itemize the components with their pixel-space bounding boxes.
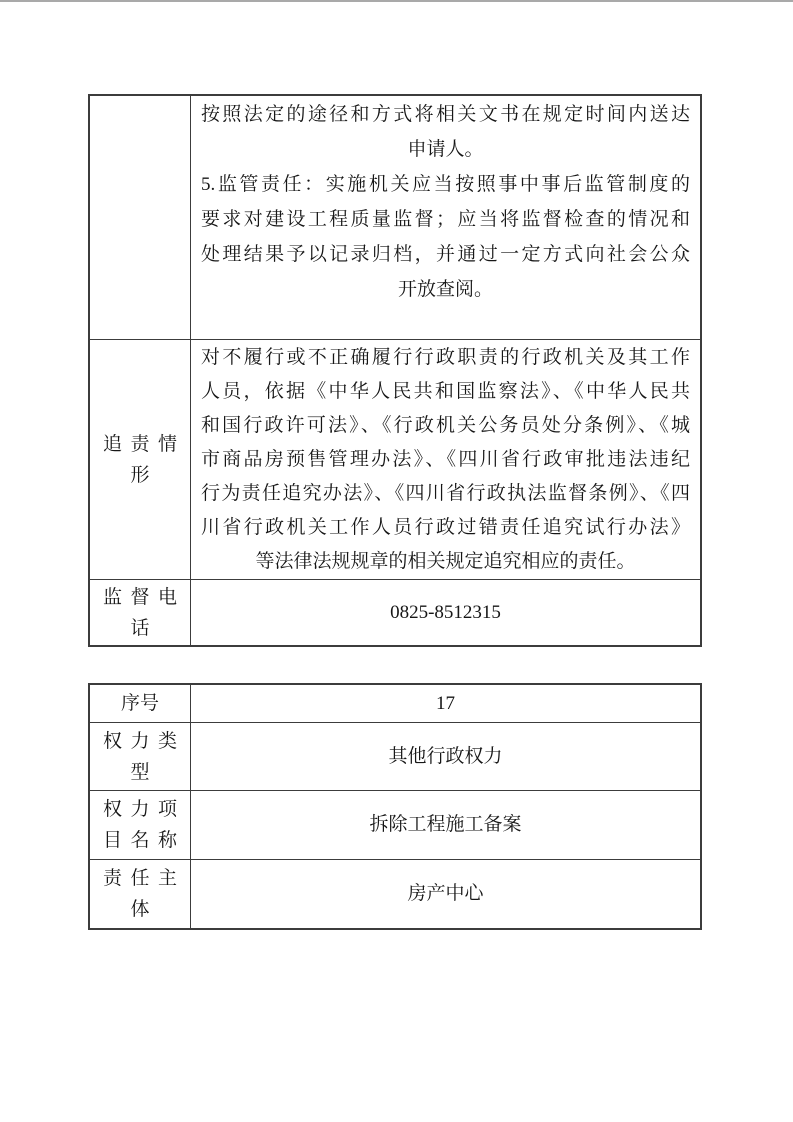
- page-top-edge: [0, 0, 793, 2]
- text-line: 权力项: [103, 794, 177, 825]
- table-row-supervision-phone: 监督电话 0825-8512315: [90, 580, 700, 645]
- text-line: 按照法定的途径和方式将相关文书在规定时间内送达: [201, 97, 690, 132]
- table-row-power-item-name: 权力项目名称 拆除工程施工备案: [90, 791, 700, 860]
- text-line: 处理结果予以记录归档，并通过一定方式向社会公众: [201, 237, 690, 272]
- text-line: 型: [103, 757, 177, 788]
- text-line: 目名称: [103, 825, 177, 856]
- supervision-phone-value: 0825-8512315: [191, 580, 700, 645]
- text-line: 人员，依据《中华人民共和国监察法》、《中华人民共: [201, 375, 690, 409]
- text-line: 要求对建设工程质量监督；应当将监督检查的情况和: [201, 202, 690, 237]
- power-item-name-value: 拆除工程施工备案: [191, 791, 700, 859]
- power-item-table: 序号 17 权力类型 其他行政权力 权力项目名称 拆除工程施工备案 责任主体 房…: [88, 683, 702, 930]
- responsible-entity-value: 房产中心: [191, 860, 700, 928]
- document-page: { "page": { "background": "#ffffff", "bo…: [0, 0, 793, 1122]
- text-line: 市商品房预售管理办法》、《四川省行政审批违法违纪: [201, 443, 690, 477]
- table-row-responsible-entity: 责任主体 房产中心: [90, 860, 700, 928]
- text-line: 行为责任追究办法》、《四川省行政执法监督条例》、《四: [201, 477, 690, 511]
- text-line: 序号: [103, 688, 177, 719]
- label-cell-empty: [90, 96, 191, 339]
- text-line: 话: [103, 613, 177, 644]
- text-line: 形: [103, 460, 177, 491]
- text-line: 体: [103, 894, 177, 925]
- text-line: 房产中心: [201, 877, 690, 911]
- serial-number-value: 17: [191, 685, 700, 722]
- text-line: 5.监管责任：实施机关应当按照事中事后监管制度的: [201, 167, 690, 202]
- table-row-accountability: 追责情形 对不履行或不正确履行行政职责的行政机关及其工作人员，依据《中华人民共和…: [90, 340, 700, 580]
- accountability-table: 按照法定的途径和方式将相关文书在规定时间内送达申请人。5.监管责任：实施机关应当…: [88, 94, 702, 647]
- label-power-item-name: 权力项目名称: [90, 791, 191, 859]
- text-line: 申请人。: [201, 132, 690, 167]
- text-line: 开放查阅。: [201, 272, 690, 307]
- supervision-duty-text: 按照法定的途径和方式将相关文书在规定时间内送达申请人。5.监管责任：实施机关应当…: [191, 96, 700, 339]
- label-accountability-situation: 追责情形: [90, 340, 191, 579]
- label-serial-number: 序号: [90, 685, 191, 722]
- label-responsible-entity: 责任主体: [90, 860, 191, 928]
- text-line: 0825-8512315: [201, 596, 690, 630]
- table-row-supervision-duty: 按照法定的途径和方式将相关文书在规定时间内送达申请人。5.监管责任：实施机关应当…: [90, 96, 700, 340]
- table-row-power-type: 权力类型 其他行政权力: [90, 723, 700, 791]
- text-line: 和国行政许可法》、《行政机关公务员处分条例》、《城: [201, 409, 690, 443]
- text-line: 17: [201, 687, 690, 721]
- accountability-situation-text: 对不履行或不正确履行行政职责的行政机关及其工作人员，依据《中华人民共和国监察法》…: [191, 340, 700, 579]
- text-line: 追责情: [103, 429, 177, 460]
- text-line: 川省行政机关工作人员行政过错责任追究试行办法》: [201, 511, 690, 545]
- text-line: 等法律法规规章的相关规定追究相应的责任。: [201, 545, 690, 579]
- label-supervision-phone: 监督电话: [90, 580, 191, 645]
- text-line: 权力类: [103, 726, 177, 757]
- table-row-serial-number: 序号 17: [90, 685, 700, 723]
- power-type-value: 其他行政权力: [191, 723, 700, 790]
- text-line: 责任主: [103, 863, 177, 894]
- text-line: 其他行政权力: [201, 740, 690, 774]
- text-line: 拆除工程施工备案: [201, 808, 690, 842]
- text-line: 监督电: [103, 582, 177, 613]
- label-power-type: 权力类型: [90, 723, 191, 790]
- text-line: 对不履行或不正确履行行政职责的行政机关及其工作: [201, 341, 690, 375]
